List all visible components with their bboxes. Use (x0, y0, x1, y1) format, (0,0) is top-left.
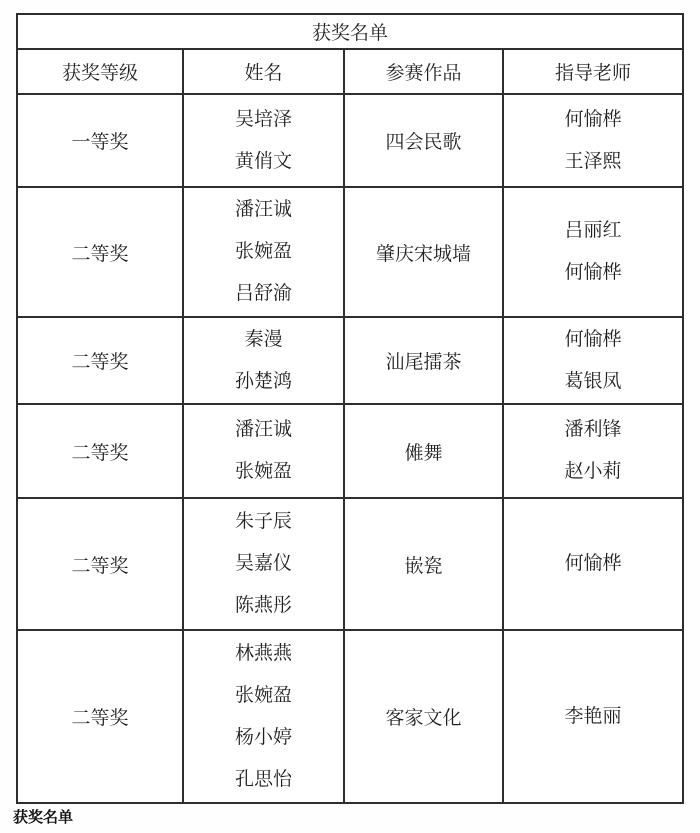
teacher-name: 李艳丽 (504, 696, 682, 738)
student-name: 秦漫 (184, 319, 343, 361)
teacher-name: 何愉桦 (504, 319, 682, 361)
entry-work-cell: 客家文化 (344, 630, 503, 803)
names-cell: 秦漫孙楚鸿 (183, 317, 344, 404)
table-caption: 获奖名单 (13, 806, 73, 827)
teacher-name: 何愉桦 (504, 252, 682, 294)
award-level-cell: 二等奖 (17, 404, 183, 498)
student-name: 黄俏文 (184, 141, 343, 183)
student-name: 吕舒渝 (184, 273, 343, 315)
table-title-row: 获奖名单 (17, 14, 683, 49)
award-level-cell: 二等奖 (17, 498, 183, 630)
award-list-table: 获奖名单 获奖等级 姓名 参赛作品 指导老师 一等奖 吴培泽黄俏文 四会民歌 何… (16, 13, 684, 804)
table-header-row: 获奖等级 姓名 参赛作品 指导老师 (17, 49, 683, 94)
student-name: 林燕燕 (184, 633, 343, 675)
student-name: 吴嘉仪 (184, 543, 343, 585)
award-level-cell: 二等奖 (17, 317, 183, 404)
entry-work-cell: 傩舞 (344, 404, 503, 498)
student-name: 朱子辰 (184, 501, 343, 543)
student-name: 孙楚鸿 (184, 361, 343, 403)
names-cell: 林燕燕张婉盈杨小婷孔思怡 (183, 630, 344, 803)
student-name: 潘汪诚 (184, 409, 343, 451)
header-award-level: 获奖等级 (17, 49, 183, 94)
table-body: 一等奖 吴培泽黄俏文 四会民歌 何愉桦王泽熙 二等奖 潘汪诚张婉盈吕舒渝 肇庆宋… (17, 94, 683, 803)
table-title: 获奖名单 (17, 14, 683, 49)
entry-work-cell: 四会民歌 (344, 94, 503, 187)
award-level-cell: 二等奖 (17, 630, 183, 803)
teachers-cell: 吕丽红何愉桦 (503, 187, 683, 317)
teacher-name: 葛银凤 (504, 361, 682, 403)
teachers-cell: 何愉桦葛银凤 (503, 317, 683, 404)
table-row: 二等奖 秦漫孙楚鸿 汕尾擂茶 何愉桦葛银凤 (17, 317, 683, 404)
table-row: 二等奖 潘汪诚张婉盈 傩舞 潘利锋赵小莉 (17, 404, 683, 498)
header-supervising-teacher: 指导老师 (503, 49, 683, 94)
entry-work-cell: 嵌瓷 (344, 498, 503, 630)
student-name: 潘汪诚 (184, 189, 343, 231)
names-cell: 朱子辰吴嘉仪陈燕彤 (183, 498, 344, 630)
names-cell: 潘汪诚张婉盈吕舒渝 (183, 187, 344, 317)
teacher-name: 吕丽红 (504, 210, 682, 252)
student-name: 杨小婷 (184, 717, 343, 759)
table-row: 一等奖 吴培泽黄俏文 四会民歌 何愉桦王泽熙 (17, 94, 683, 187)
header-entry-work: 参赛作品 (344, 49, 503, 94)
teacher-name: 潘利锋 (504, 409, 682, 451)
award-level-cell: 一等奖 (17, 94, 183, 187)
entry-work-cell: 肇庆宋城墙 (344, 187, 503, 317)
table-row: 二等奖 林燕燕张婉盈杨小婷孔思怡 客家文化 李艳丽 (17, 630, 683, 803)
table-row: 二等奖 潘汪诚张婉盈吕舒渝 肇庆宋城墙 吕丽红何愉桦 (17, 187, 683, 317)
teacher-name: 何愉桦 (504, 99, 682, 141)
student-name: 张婉盈 (184, 451, 343, 493)
teachers-cell: 潘利锋赵小莉 (503, 404, 683, 498)
names-cell: 潘汪诚张婉盈 (183, 404, 344, 498)
teacher-name: 赵小莉 (504, 451, 682, 493)
award-level-cell: 二等奖 (17, 187, 183, 317)
entry-work-cell: 汕尾擂茶 (344, 317, 503, 404)
student-name: 陈燕彤 (184, 585, 343, 627)
student-name: 张婉盈 (184, 675, 343, 717)
teachers-cell: 何愉桦王泽熙 (503, 94, 683, 187)
teacher-name: 何愉桦 (504, 543, 682, 585)
teachers-cell: 李艳丽 (503, 630, 683, 803)
header-name: 姓名 (183, 49, 344, 94)
teacher-name: 王泽熙 (504, 141, 682, 183)
teachers-cell: 何愉桦 (503, 498, 683, 630)
student-name: 张婉盈 (184, 231, 343, 273)
student-name: 吴培泽 (184, 99, 343, 141)
names-cell: 吴培泽黄俏文 (183, 94, 344, 187)
table-row: 二等奖 朱子辰吴嘉仪陈燕彤 嵌瓷 何愉桦 (17, 498, 683, 630)
student-name: 孔思怡 (184, 759, 343, 801)
